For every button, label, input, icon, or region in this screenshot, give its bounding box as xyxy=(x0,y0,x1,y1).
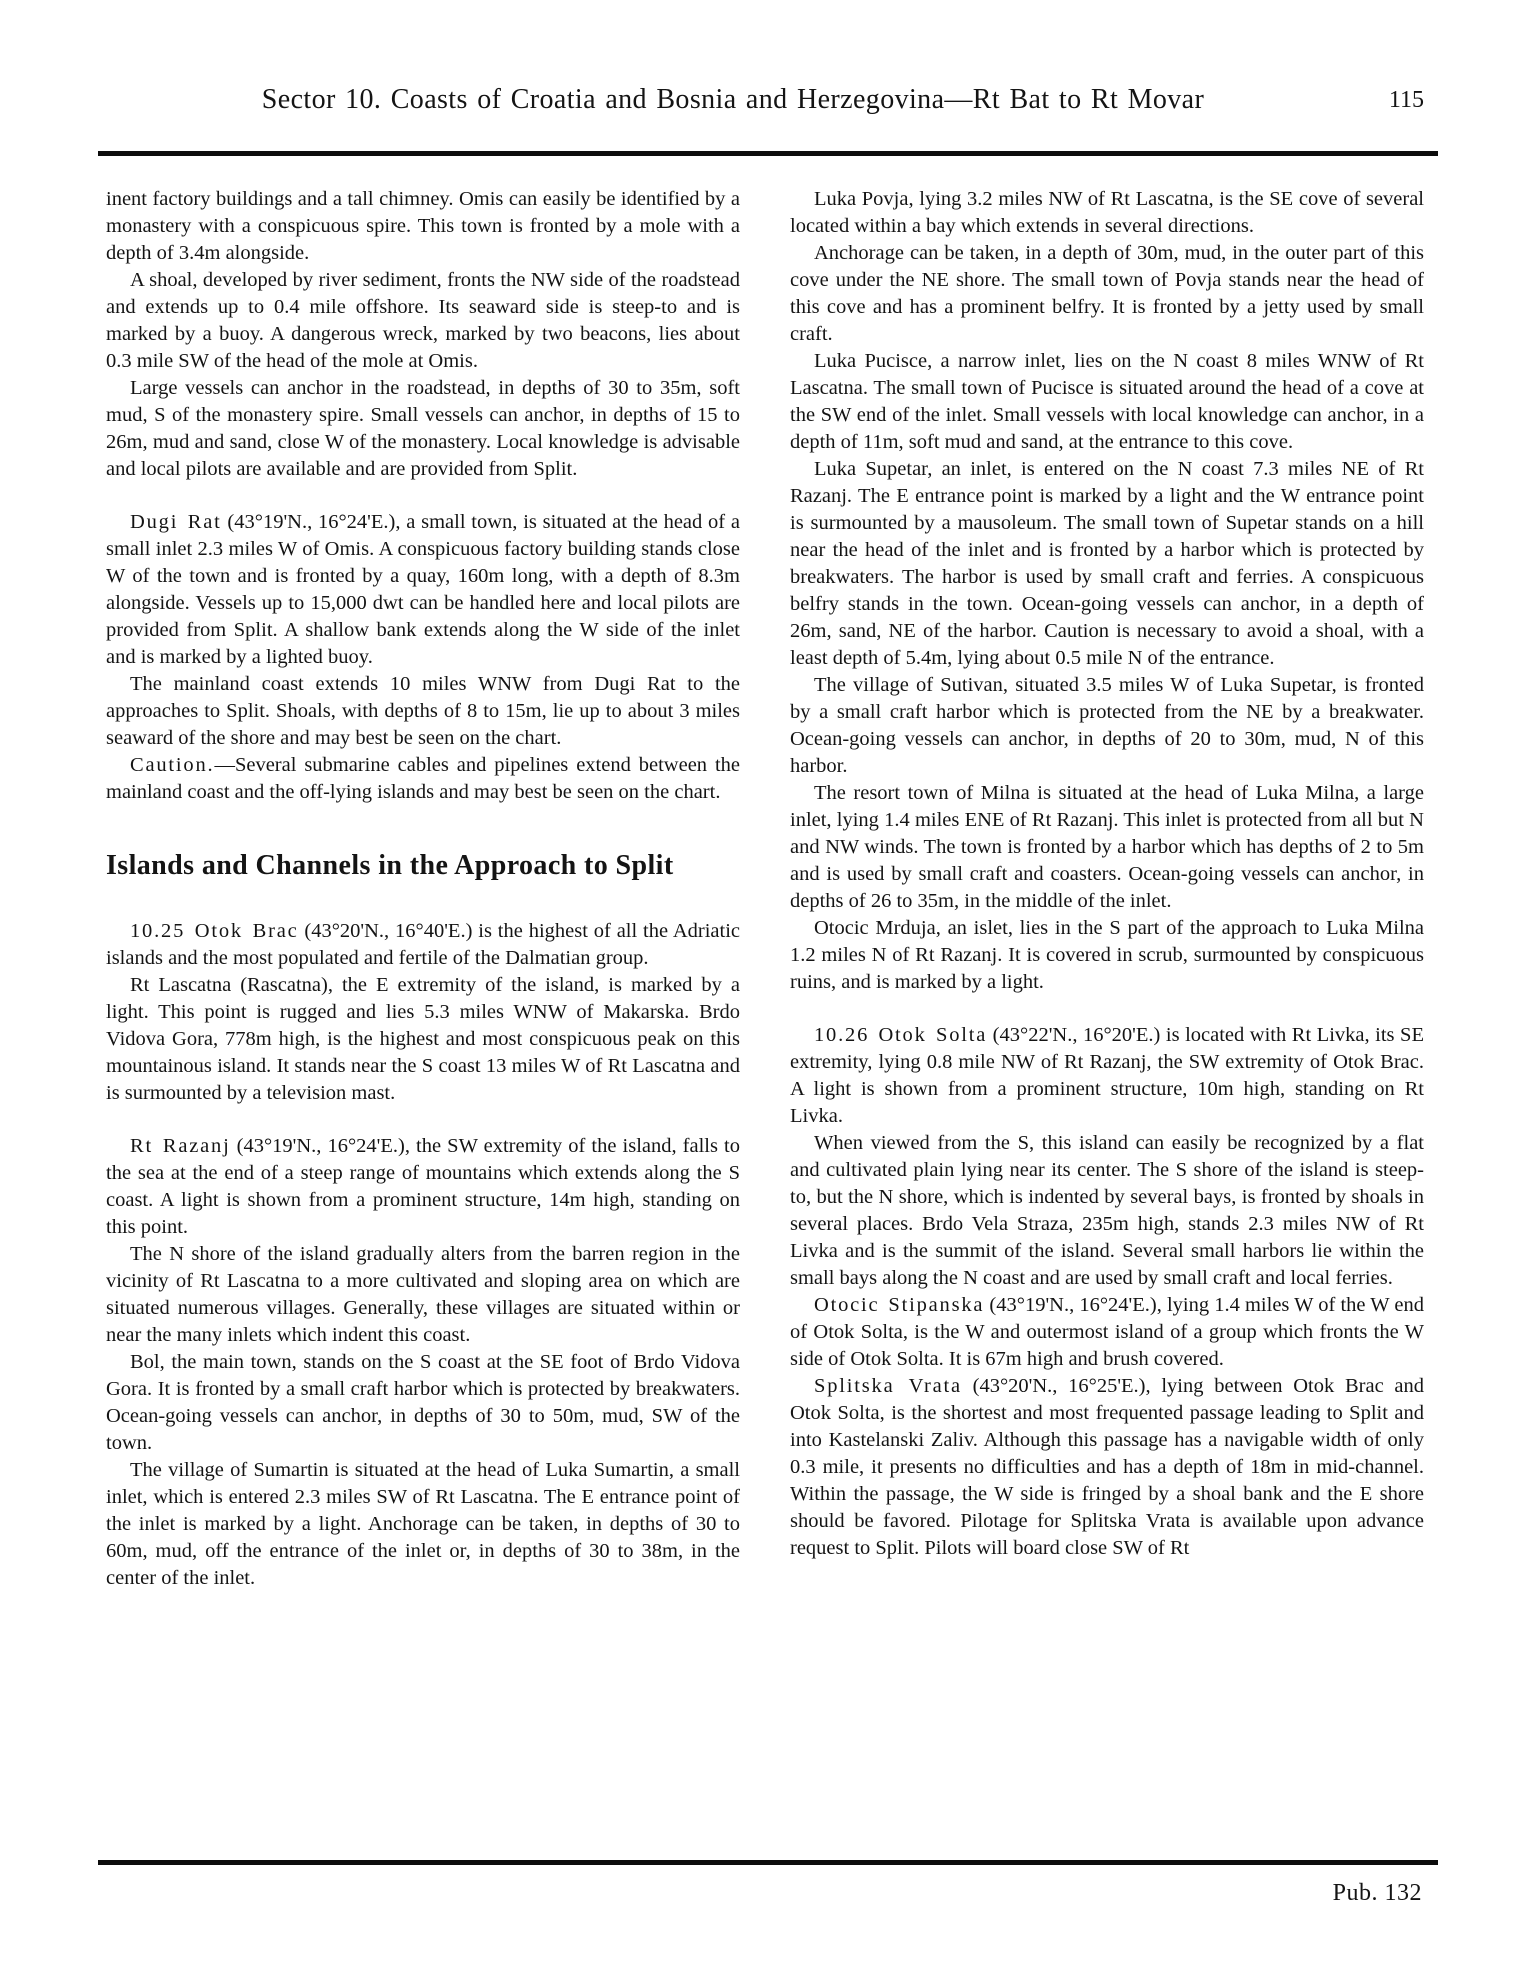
para-otok-brac: 10.25 Otok Brac (43°20'N., 16°40'E.) is … xyxy=(106,918,740,972)
para-luka-povja: Luka Povja, lying 3.2 miles NW of Rt Las… xyxy=(790,186,1424,240)
para-otocic-stipanska: Otocic Stipanska (43°19'N., 16°24'E.), l… xyxy=(790,1292,1424,1373)
para-sutivan: The village of Sutivan, situated 3.5 mil… xyxy=(790,672,1424,780)
para-milna: The resort town of Milna is situated at … xyxy=(790,780,1424,915)
place-name-otok-brac: 10.25 Otok Brac xyxy=(130,920,299,942)
para-luka-supetar: Luka Supetar, an inlet, is entered on th… xyxy=(790,456,1424,672)
place-name-otocic-stipanska: Otocic Stipanska xyxy=(814,1294,984,1316)
page-number: 115 xyxy=(1389,87,1424,114)
para-mainland-coast: The mainland coast extends 10 miles WNW … xyxy=(106,671,740,752)
para-otok-solta: 10.26 Otok Solta (43°22'N., 16°20'E.) is… xyxy=(790,1022,1424,1130)
page-header: Sector 10. Coasts of Croatia and Bosnia … xyxy=(106,84,1424,128)
para-rt-razanj: Rt Razanj (43°19'N., 16°24'E.), the SW e… xyxy=(106,1133,740,1241)
para-bol: Bol, the main town, stands on the S coas… xyxy=(106,1349,740,1457)
para-anchorage-povja: Anchorage can be taken, in a depth of 30… xyxy=(790,240,1424,348)
caution-label: Caution. xyxy=(130,754,214,776)
place-name-otok-solta: 10.26 Otok Solta xyxy=(814,1024,987,1046)
para-sumartin: The village of Sumartin is situated at t… xyxy=(106,1457,740,1592)
header-rule xyxy=(98,151,1438,156)
right-column: Luka Povja, lying 3.2 miles NW of Rt Las… xyxy=(790,186,1424,1592)
para-omis-continuation: inent factory buildings and a tall chimn… xyxy=(106,186,740,267)
publication-number: Pub. 132 xyxy=(1333,1880,1422,1907)
place-name-dugi-rat: Dugi Rat xyxy=(130,511,222,533)
left-column: inent factory buildings and a tall chimn… xyxy=(106,186,740,1592)
section-heading-islands-channels: Islands and Channels in the Approach to … xyxy=(106,848,740,884)
sector-title: Sector 10. Coasts of Croatia and Bosnia … xyxy=(106,84,1360,116)
para-rt-lascatna: Rt Lascatna (Rascatna), the E extremity … xyxy=(106,972,740,1107)
document-page: Sector 10. Coasts of Croatia and Bosnia … xyxy=(0,0,1530,1980)
para-splitska-vrata: Splitska Vrata (43°20'N., 16°25'E.), lyi… xyxy=(790,1373,1424,1562)
para-caution: Caution.—Several submarine cables and pi… xyxy=(106,752,740,806)
place-name-rt-razanj: Rt Razanj xyxy=(130,1135,231,1157)
para-dugi-rat: Dugi Rat (43°19'N., 16°24'E.), a small t… xyxy=(106,509,740,671)
para-otocic-mrduja: Otocic Mrduja, an islet, lies in the S p… xyxy=(790,915,1424,996)
footer-rule xyxy=(98,1860,1438,1865)
place-name-splitska-vrata: Splitska Vrata xyxy=(814,1375,962,1397)
para-north-shore: The N shore of the island gradually alte… xyxy=(106,1241,740,1349)
para-luka-pucisce: Luka Pucisce, a narrow inlet, lies on th… xyxy=(790,348,1424,456)
para-shoal: A shoal, developed by river sediment, fr… xyxy=(106,267,740,375)
para-solta-description: When viewed from the S, this island can … xyxy=(790,1130,1424,1292)
text-columns: inent factory buildings and a tall chimn… xyxy=(106,186,1424,1592)
para-roadstead-anchorage: Large vessels can anchor in the roadstea… xyxy=(106,375,740,483)
